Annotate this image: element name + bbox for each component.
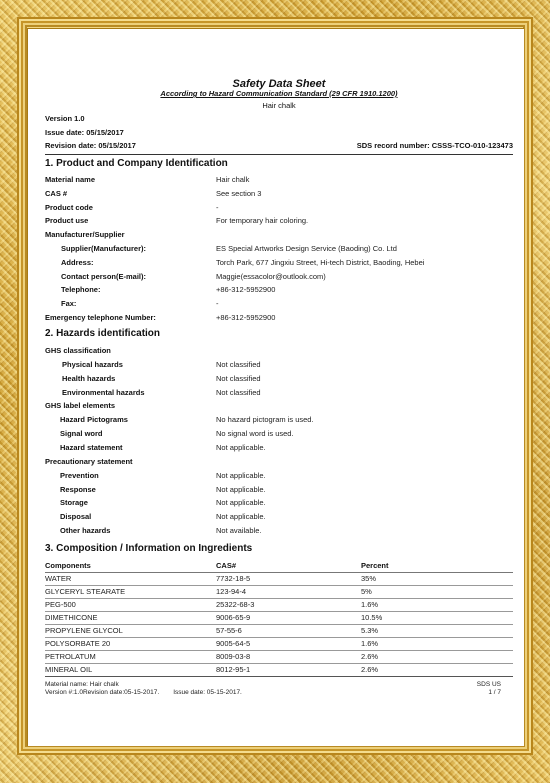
section-2-row-label: Physical hazards: [62, 360, 123, 369]
ingredient-percent: 5.3%: [361, 625, 513, 638]
ingredient-cas: 25322-68-3: [216, 599, 361, 612]
footer-material-name: Material name: Hair chalk: [45, 681, 242, 689]
footer-version-revision: Version #:1.0Revision date:05-15-2017.: [45, 689, 159, 696]
document-product-name: Hair chalk: [45, 101, 513, 110]
ingredient-row: WATER7732-18-535%: [45, 573, 513, 586]
ingredient-row: GLYCERYL STEARATE123-94-45%: [45, 586, 513, 599]
ingredient-row: MINERAL OIL8012-95-12.6%: [45, 664, 513, 677]
ingredient-name: GLYCERYL STEARATE: [45, 586, 216, 599]
section-2-row-value: Not applicable.: [216, 485, 266, 494]
revision-date-label: Revision date: 05/15/2017: [45, 141, 136, 150]
page-footer-right: SDS US 1 / 7: [477, 681, 501, 697]
section-1-row-value: Hair chalk: [216, 175, 249, 184]
column-header-cas: CAS#: [216, 559, 361, 573]
ingredient-cas: 57-55-6: [216, 625, 361, 638]
section-1-row-value: -: [216, 203, 219, 212]
section-2-row-value: No hazard pictogram is used.: [216, 415, 314, 424]
ingredient-percent: 5%: [361, 586, 513, 599]
ingredient-row: POLYSORBATE 209005-64-51.6%: [45, 638, 513, 651]
section-2-row-value: No signal word is used.: [216, 429, 294, 438]
section-2-row-value: Not applicable.: [216, 443, 266, 452]
issue-date-label: Issue date: 05/15/2017: [45, 128, 124, 137]
section-1-row-value: -: [216, 299, 219, 308]
ingredient-row: PEG-50025322-68-31.6%: [45, 599, 513, 612]
document-subtitle: According to Hazard Communication Standa…: [45, 89, 513, 98]
section-1-row-label: Contact person(E-mail):: [61, 272, 146, 281]
section-1-row-value: For temporary hair coloring.: [216, 216, 308, 225]
ingredient-percent: 2.6%: [361, 651, 513, 664]
page-footer-left: Material name: Hair chalk Version #:1.0R…: [45, 681, 242, 697]
section-2-row-value: Not applicable.: [216, 471, 266, 480]
ingredient-percent: 35%: [361, 573, 513, 586]
sds-record-number: SDS record number: CSSS-TCO-010-123473: [357, 141, 513, 150]
section-1-row-value: +86-312-5952900: [216, 313, 275, 322]
ingredient-name: DIMETHICONE: [45, 612, 216, 625]
section-2-row-value: Not classified: [216, 374, 261, 383]
ingredient-name: PROPYLENE GLYCOL: [45, 625, 216, 638]
section-1-row-value: +86-312-5952900: [216, 285, 275, 294]
section-1-row-label: Product code: [45, 203, 93, 212]
section-1-row-label: Fax:: [61, 299, 76, 308]
column-header-components: Components: [45, 559, 216, 573]
section-1-row-value: Torch Park, 677 Jingxiu Street, Hi-tech …: [216, 258, 424, 267]
section-2-row-label: Response: [60, 485, 96, 494]
section-1-row-value: See section 3: [216, 189, 261, 198]
column-header-percent: Percent: [361, 559, 513, 573]
header-divider: [45, 154, 513, 155]
section-2-row-label: Prevention: [60, 471, 99, 480]
footer-page-number: 1 / 7: [477, 689, 501, 697]
section-1-row-label: Emergency telephone Number:: [45, 313, 156, 322]
ingredient-cas: 8009-03-8: [216, 651, 361, 664]
section-2-row-label: Storage: [60, 498, 88, 507]
section-1-row-label: Telephone:: [61, 285, 100, 294]
ingredient-name: WATER: [45, 573, 216, 586]
section-1-title: 1. Product and Company Identification: [45, 158, 228, 169]
section-1-row-label: CAS #: [45, 189, 67, 198]
section-2-row-label: Hazard Pictograms: [60, 415, 128, 424]
sds-page: Safety Data Sheet According to Hazard Co…: [27, 28, 524, 746]
section-1-row-value: Maggie(essacolor@outlook.com): [216, 272, 326, 281]
section-1-row-label: Manufacturer/Supplier: [45, 230, 125, 239]
section-2-row-value: Not classified: [216, 360, 261, 369]
ingredient-name: PETROLATUM: [45, 651, 216, 664]
section-1-row-label: Product use: [45, 216, 88, 225]
section-2-row-label: Disposal: [60, 512, 91, 521]
section-2-row-label: Hazard statement: [60, 443, 123, 452]
ingredient-row: PROPYLENE GLYCOL57-55-65.3%: [45, 625, 513, 638]
ingredient-percent: 1.6%: [361, 638, 513, 651]
footer-doc-type: SDS US: [477, 681, 501, 689]
ingredients-header-row: Components CAS# Percent: [45, 559, 513, 573]
section-2-row-value: Not applicable.: [216, 498, 266, 507]
section-2-row-label: GHS label elements: [45, 401, 115, 410]
ingredient-cas: 7732-18-5: [216, 573, 361, 586]
section-2-row-label: Environmental hazards: [62, 388, 145, 397]
ingredient-name: MINERAL OIL: [45, 664, 216, 677]
section-2-row-label: GHS classification: [45, 346, 111, 355]
ingredient-percent: 1.6%: [361, 599, 513, 612]
section-3-title: 3. Composition / Information on Ingredie…: [45, 543, 252, 554]
ingredient-name: PEG-500: [45, 599, 216, 612]
ingredient-cas: 9005-64-5: [216, 638, 361, 651]
section-2-row-label: Precautionary statement: [45, 457, 133, 466]
section-1-row-label: Address:: [61, 258, 94, 267]
ingredient-percent: 10.5%: [361, 612, 513, 625]
ingredients-table: Components CAS# Percent WATER7732-18-535…: [45, 559, 513, 677]
ingredient-row: PETROLATUM8009-03-82.6%: [45, 651, 513, 664]
ingredient-name: POLYSORBATE 20: [45, 638, 216, 651]
ingredient-cas: 8012-95-1: [216, 664, 361, 677]
ingredient-cas: 9006-65-9: [216, 612, 361, 625]
section-2-row-value: Not applicable.: [216, 512, 266, 521]
section-2-title: 2. Hazards identification: [45, 328, 160, 339]
section-2-row-value: Not classified: [216, 388, 261, 397]
footer-issue-date: Issue date: 05-15-2017.: [173, 689, 242, 696]
section-1-row-label: Material name: [45, 175, 95, 184]
ingredient-row: DIMETHICONE9006-65-910.5%: [45, 612, 513, 625]
section-2-row-value: Not available.: [216, 526, 261, 535]
section-2-row-label: Other hazards: [60, 526, 110, 535]
footer-version-line: Version #:1.0Revision date:05-15-2017.Is…: [45, 689, 242, 697]
section-2-row-label: Health hazards: [62, 374, 115, 383]
section-1-row-value: ES Special Artworks Design Service (Baod…: [216, 244, 397, 253]
section-1-row-label: Supplier(Manufacturer):: [61, 244, 146, 253]
ingredient-percent: 2.6%: [361, 664, 513, 677]
version-label: Version 1.0: [45, 114, 85, 123]
section-2-row-label: Signal word: [60, 429, 103, 438]
ingredient-cas: 123-94-4: [216, 586, 361, 599]
